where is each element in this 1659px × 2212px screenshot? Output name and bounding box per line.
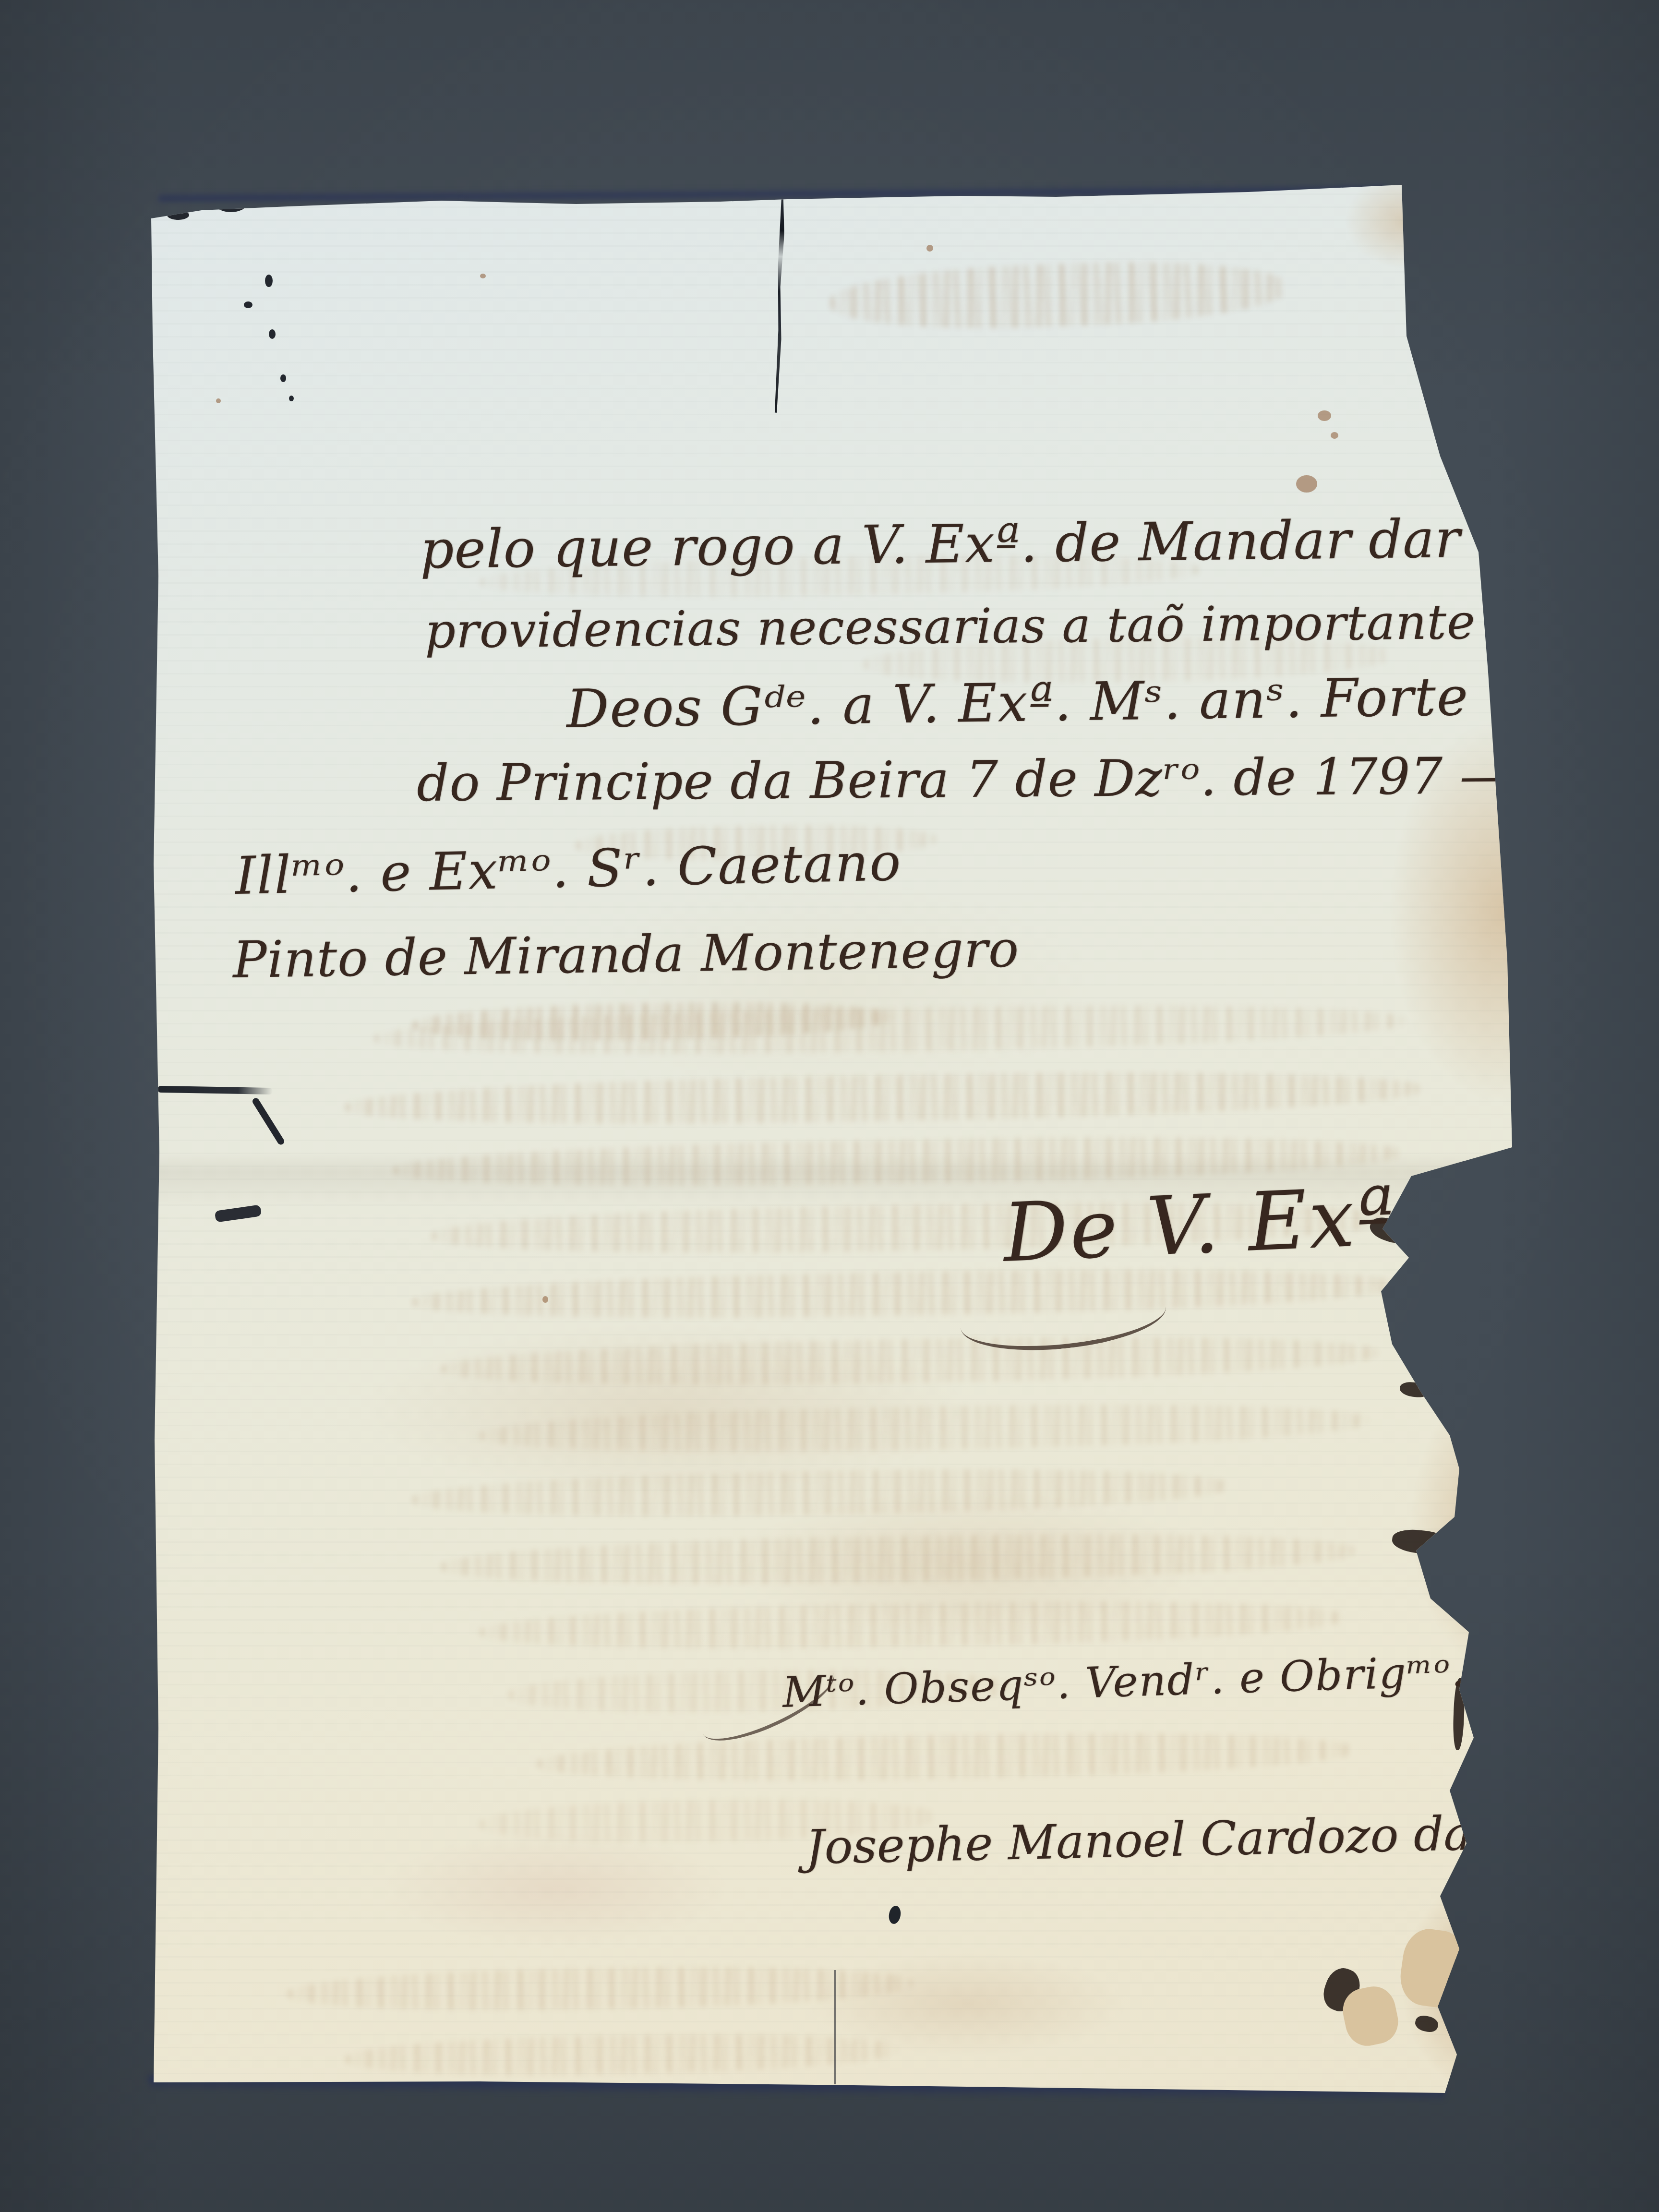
- bleedthrough-row: [480, 1399, 1368, 1457]
- foxing-speck: [216, 398, 221, 403]
- bleedthrough-row: [537, 1728, 1354, 1786]
- photographed-manuscript: pelo que rogo a V. Exª. de Mandar dar ás…: [0, 0, 1659, 2212]
- bleedthrough-row: [441, 1528, 1354, 1589]
- tear-crack-left-hook: [251, 1097, 285, 1146]
- bleedthrough-row: [345, 1066, 1421, 1130]
- tear-crack-left: [157, 1086, 273, 1094]
- addressee-line-2: Pinto de Miranda Montenegro: [232, 924, 1019, 986]
- bleedthrough-row: [412, 1464, 1229, 1522]
- bleedthrough-row: [288, 1963, 912, 2015]
- compliment-close: De V. Exª: [1001, 1176, 1398, 1274]
- courtesy-formula: Mᵗᵒ. Obseqˢᵒ. Vendʳ. e Obrigᵐᵒ. C.: [782, 1648, 1527, 1714]
- foxing-speck: [1331, 432, 1338, 439]
- manuscript-paper: pelo que rogo a V. Exª. de Mandar dar ás…: [144, 182, 1517, 2100]
- bleedthrough-row: [441, 1331, 1378, 1391]
- bleedthrough-row: [480, 1596, 1344, 1654]
- tear-slit-top: [774, 196, 785, 413]
- bleedthrough-row: [345, 2031, 898, 2079]
- bleedthrough-row: [829, 256, 1287, 334]
- valediction-line: Deos Gᵈᵉ. a V. Exª. Mˢ. anˢ. Forte: [566, 670, 1469, 735]
- foxing-speck: [542, 1296, 548, 1303]
- foxing-speck: [926, 245, 933, 252]
- letter-body-line-1: pelo que rogo a V. Exª. de Mandar dar ás: [420, 512, 1538, 576]
- letter-body-line-2: providencias necessarias a taõ important…: [425, 597, 1572, 655]
- foxing-speck: [1296, 475, 1317, 493]
- tear-hole: [269, 329, 276, 339]
- tear-hole: [289, 396, 294, 401]
- bleedthrough-row: [412, 1263, 1397, 1324]
- tear-fragment-left: [215, 1204, 262, 1222]
- worm-hole-bottom: [888, 1905, 902, 1925]
- foxing-speck: [480, 274, 486, 278]
- addressee-line-1: Illᵐᵒ. e Exᵐᵒ. Sʳ. Caetano: [235, 837, 902, 902]
- dateline: do Principe da Beira 7 de Dzʳᵒ. de 1797 …: [417, 751, 1511, 809]
- crease-line-bottom: [834, 1970, 836, 2084]
- tear-hole: [244, 301, 252, 308]
- foxing-speck: [1318, 410, 1331, 421]
- tear-hole: [280, 374, 286, 382]
- charred-edge-mark: [1414, 2014, 1440, 2034]
- tear-hole: [265, 275, 273, 287]
